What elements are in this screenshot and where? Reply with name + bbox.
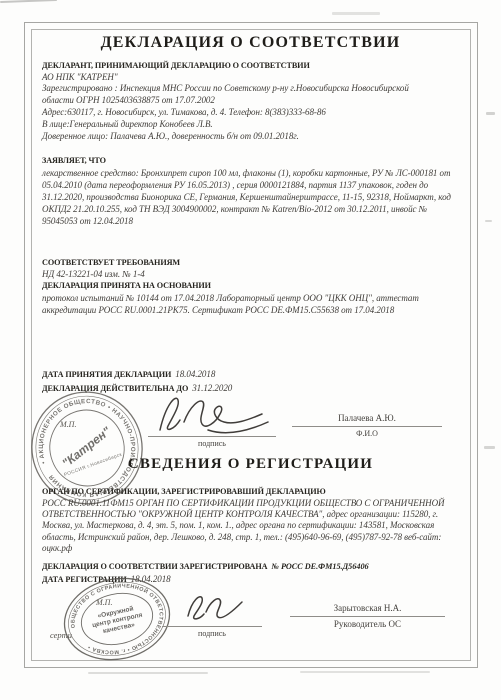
- signature-line: [162, 626, 262, 627]
- declarant-representative: В лице:Генеральный директор Конобеев Л.В…: [42, 119, 462, 131]
- declaration-of-conformity-document: ДЕКЛАРАЦИЯ О СООТВЕТСТВИИ ДЕКЛАРАНТ, ПРИ…: [0, 0, 501, 700]
- name-caption: Ф.И.О: [292, 429, 442, 438]
- declarant-proxy: Доверенное лицо: Палачева А.Ю., доверенн…: [42, 131, 462, 143]
- declarant-registration-info: Зарегистрировано : Инспекция МНС России …: [42, 83, 442, 106]
- cert-body-details: РОСС RU.0001.11ФМ15 ОРГАН ПО СЕРТИФИКАЦИ…: [42, 498, 462, 554]
- scan-artifact: [332, 12, 380, 15]
- cert-body-heading: ОРГАН ПО СЕРТИФИКАЦИИ, ЗАРЕГИСТРИРОВАВШИ…: [42, 487, 467, 497]
- signature-caption: подпись: [148, 439, 276, 448]
- scan-artifact: [300, 671, 430, 673]
- declarant-address: Адрес:630117, г. Новосибирск, ул. Тимако…: [42, 107, 462, 119]
- conforms-heading: СООТВЕТСТВУЕТ ТРЕБОВАНИЯМ: [42, 258, 462, 268]
- registrar-signature-autograph: [180, 588, 252, 628]
- declarant-signature-autograph: [150, 392, 274, 438]
- registrar-role: Руководитель ОС: [290, 620, 445, 629]
- registration-section-title: СВЕДЕНИЯ О РЕГИСТРАЦИИ: [31, 456, 470, 473]
- scan-artifact: [485, 220, 492, 222]
- scan-artifact: [486, 112, 495, 115]
- name-line: [290, 616, 445, 617]
- registrar-name: Зарытовская Н.А.: [290, 604, 445, 613]
- scan-artifact: [0, 0, 57, 3]
- scan-artifact: [484, 446, 495, 449]
- conforms-standard: НД 42-13221-04 изм. № 1-4: [42, 269, 462, 281]
- scan-artifact: [88, 672, 208, 674]
- name-line: [292, 426, 442, 427]
- ockk-round-stamp-seal: ОБЩЕСТВО С ОГРАНИЧЕННОЙ ОТВЕТСТВЕННОСТЬЮ…: [54, 572, 180, 666]
- basis-heading: ДЕКЛАРАЦИЯ ПРИНЯТА НА ОСНОВАНИИ: [42, 281, 462, 291]
- signer-name: Палачева А.Ю.: [292, 414, 442, 423]
- signature-caption: подпись: [162, 629, 262, 638]
- declarant-heading: ДЕКЛАРАНТ, ПРИНИМАЮЩИЙ ДЕКЛАРАЦИЮ О СООТ…: [42, 61, 462, 71]
- basis-text: протокол испытаний № 10144 от 17.04.2018…: [42, 292, 458, 316]
- declares-heading: ЗАЯВЛЯЕТ, ЧТО: [42, 156, 462, 166]
- signature-line: [148, 436, 276, 437]
- product-description: лекарственное средство: Бронхипрет сироп…: [42, 167, 458, 227]
- page-title: ДЕКЛАРАЦИЯ О СООТВЕТСТВИИ: [31, 34, 470, 52]
- declarant-name: АО НПК "КАТРЕН": [42, 72, 462, 84]
